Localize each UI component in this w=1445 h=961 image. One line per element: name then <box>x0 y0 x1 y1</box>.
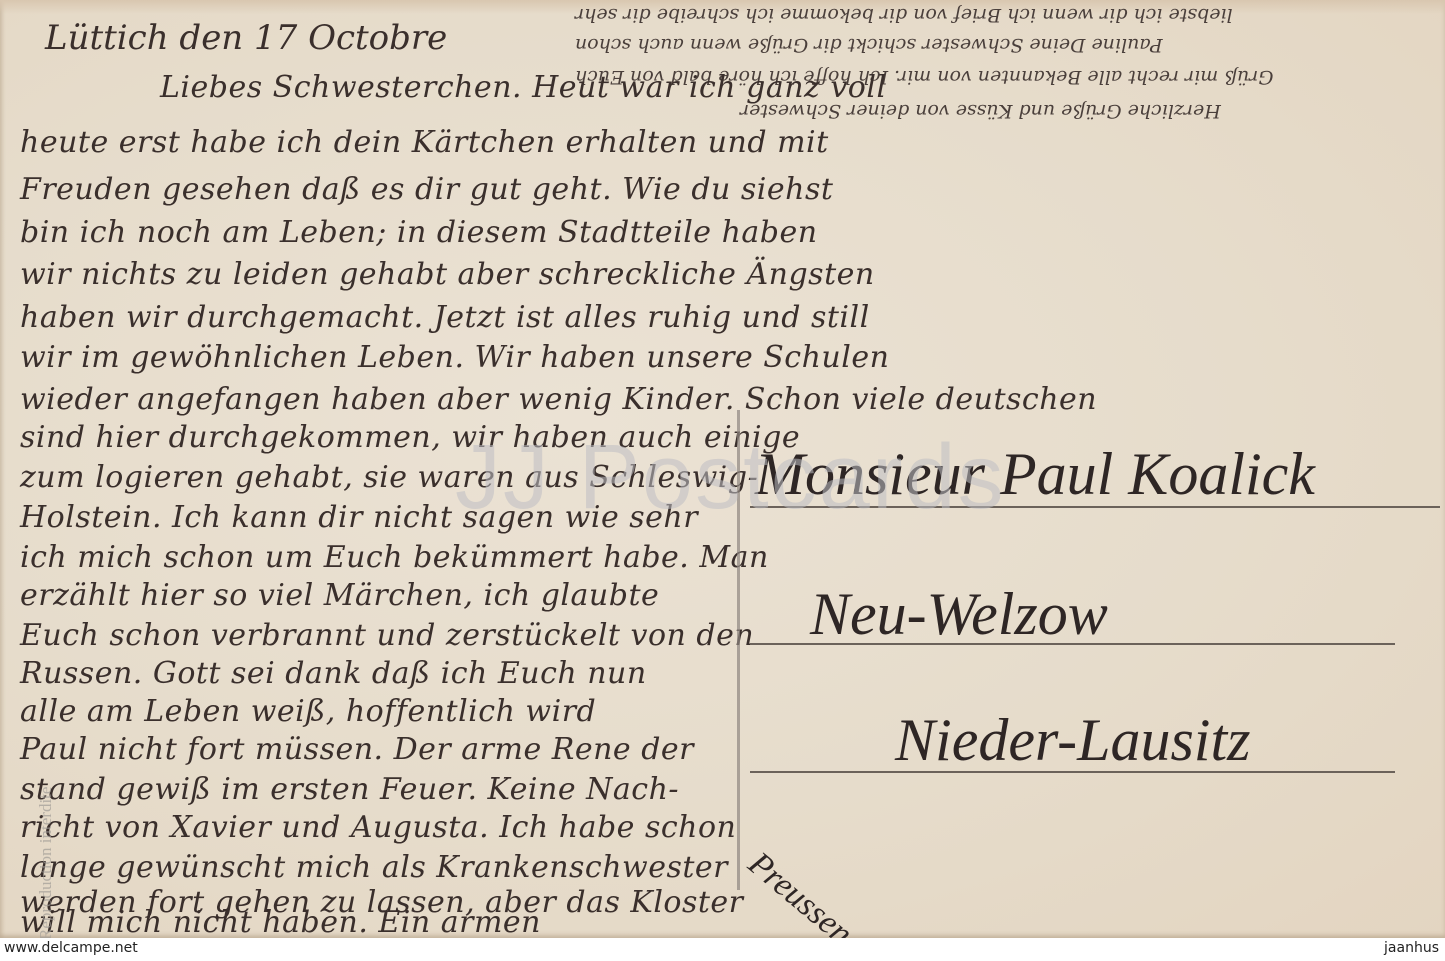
body-line: Euch schon verbrannt und zerstückelt von… <box>20 618 754 653</box>
body-line: stand gewiß im ersten Feuer. Keine Nach- <box>20 772 679 807</box>
body-line: ich mich schon um Euch bekümmert habe. M… <box>20 540 769 575</box>
body-line: wir im gewöhnlichen Leben. Wir haben uns… <box>20 340 889 375</box>
upside-down-line: liebste ich dir wenn ich Brief von dir b… <box>575 4 1415 26</box>
body-line: lange gewünscht mich als Krankenschweste… <box>20 850 728 885</box>
postcard-back: liebste ich dir wenn ich Brief von dir b… <box>0 0 1445 938</box>
body-line: wir nichts zu leiden gehabt aber schreck… <box>20 257 875 292</box>
address-region: Nieder-Lausitz <box>895 706 1251 775</box>
body-line: erzählt hier so viel Märchen, ich glaubt… <box>20 578 659 613</box>
body-line: wieder angefangen haben aber wenig Kinde… <box>20 382 1097 417</box>
salutation: Liebes Schwesterchen. Heut war ich ganz … <box>160 70 887 105</box>
date-line: Lüttich den 17 Octobre <box>45 18 447 58</box>
upside-down-line: Pauline Deine Schwester schickt dir Grüß… <box>575 34 1415 56</box>
body-line: richt von Xavier und Augusta. Ich habe s… <box>20 810 736 845</box>
footer-source: www.delcampe.net <box>4 940 138 956</box>
address-town: Neu-Welzow <box>810 580 1108 649</box>
body-line: haben wir durchgemacht. Jetzt ist alles … <box>20 300 870 335</box>
body-line: alle am Leben weiß, hoffentlich wird <box>20 694 596 729</box>
watermark-side: Reproduction interdite <box>36 787 56 938</box>
body-line: heute erst habe ich dein Kärtchen erhalt… <box>20 125 829 160</box>
body-line: will mich nicht haben. Ein armen <box>20 905 541 938</box>
watermark-center: JJ Postcards <box>455 425 1006 530</box>
footer-user: jaanhus <box>1384 940 1439 956</box>
body-line: Russen. Gott sei dank daß ich Euch nun <box>20 656 647 691</box>
body-line: bin ich noch am Leben; in diesem Stadtte… <box>20 215 818 250</box>
body-line: Freuden gesehen daß es dir gut geht. Wie… <box>20 172 833 207</box>
body-line: Paul nicht fort müssen. Der arme Rene de… <box>20 732 694 767</box>
address-country: Preussen <box>741 845 860 938</box>
